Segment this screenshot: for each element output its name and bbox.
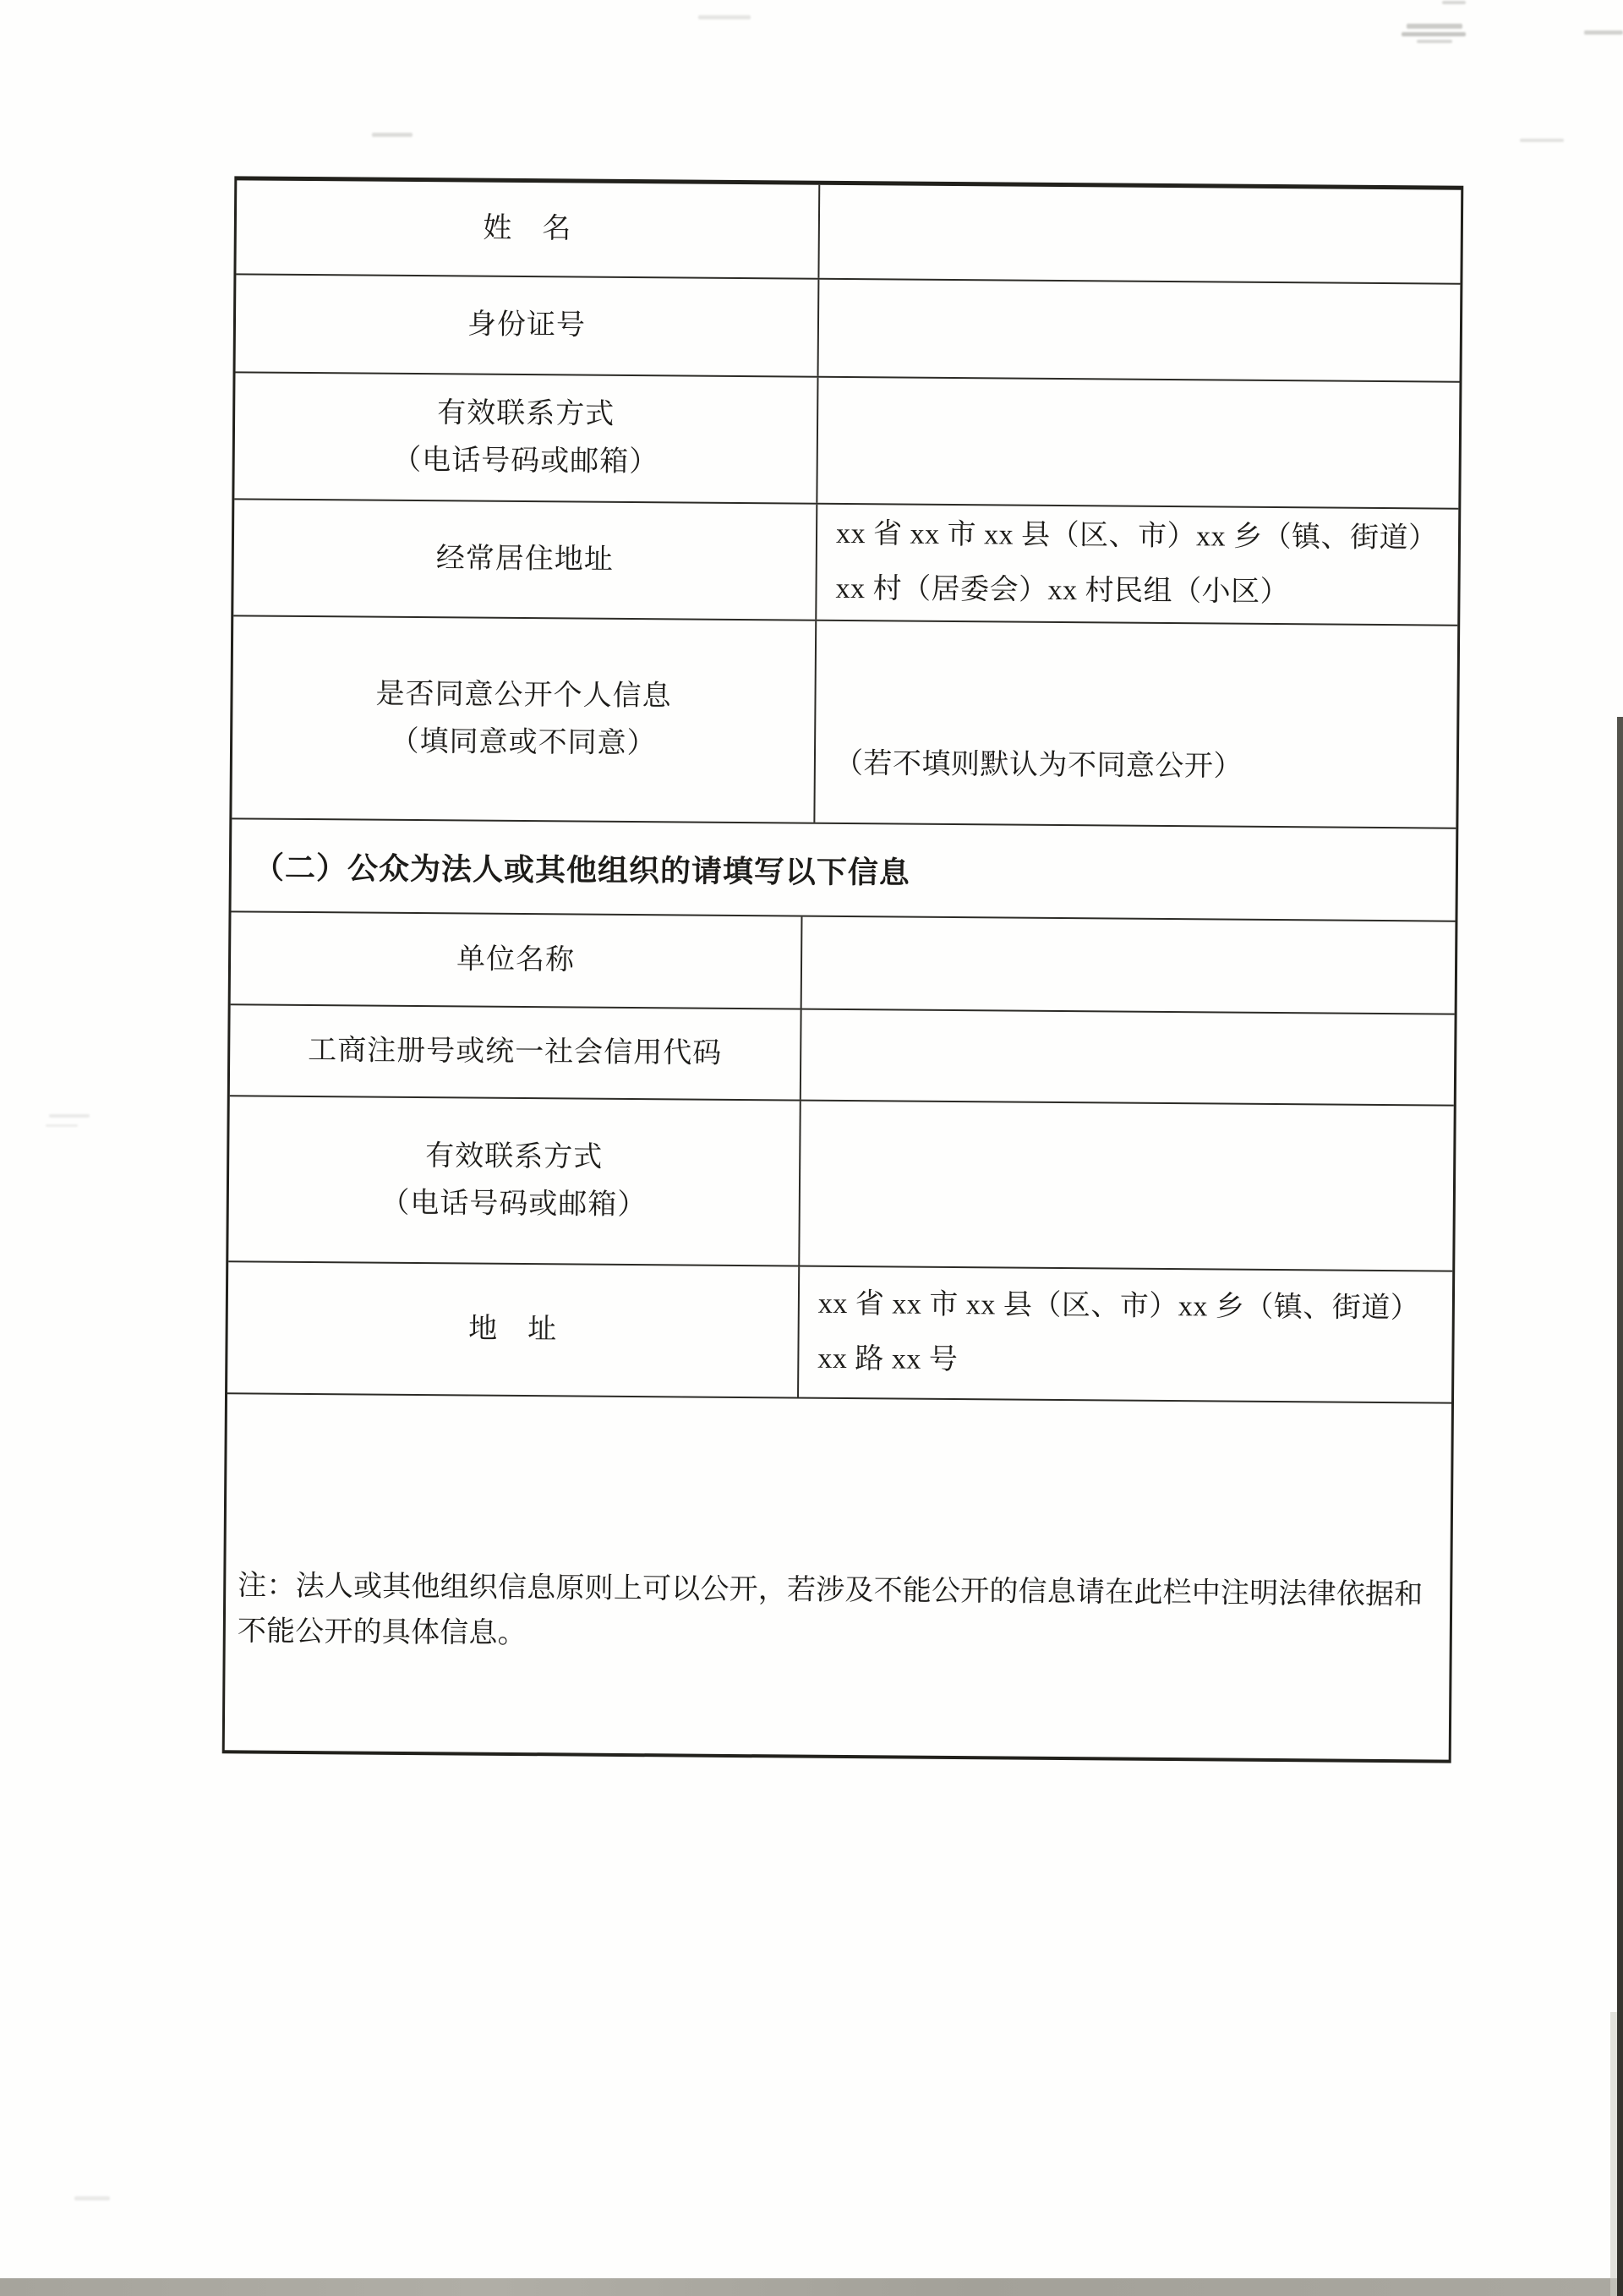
row-label-cell: 是否同意公开个人信息 （填同意或不同意） xyxy=(232,616,817,822)
scan-artifact xyxy=(1442,1,1466,4)
row-value-cell xyxy=(819,185,1461,283)
field-label-consent-hint: （填同意或不同意） xyxy=(390,719,656,768)
scan-artifact xyxy=(372,133,413,137)
scan-artifact xyxy=(74,2196,110,2200)
scan-artifact xyxy=(1402,32,1466,36)
scan-artifact xyxy=(1407,24,1462,29)
field-label-org-address: 地 址 xyxy=(468,1305,557,1353)
scan-artifact xyxy=(698,15,751,19)
table-row: 身份证号 xyxy=(236,275,1461,382)
row-value-cell xyxy=(817,378,1459,508)
scan-artifact xyxy=(49,1114,90,1118)
table-row: 工商注册号或统一社会信用代码 xyxy=(230,1005,1455,1106)
field-value-org-address: xx 省 xx 市 xx 县（区、市）xx 乡（镇、街道）xx 路 xx 号 xyxy=(817,1277,1447,1391)
field-label-residence-address: 经常居住地址 xyxy=(436,535,614,584)
field-value-residence-address: xx 省 xx 市 xx 县（区、市）xx 乡（镇、街道）xx 村（居委会）xx… xyxy=(835,507,1453,621)
row-value-cell: （若不填则默认为不同意公开） xyxy=(815,621,1457,828)
scanner-edge-right-shadow xyxy=(1610,2012,1617,2296)
field-label-org-contact: 有效联系方式 xyxy=(425,1133,603,1182)
table-row: 姓 名 xyxy=(236,180,1461,284)
information-form-table: 姓 名 身份证号 有效联系方式 （电话号码或邮箱） xyxy=(222,176,1464,1763)
field-label-contact-hint: （电话号码或邮箱） xyxy=(392,437,658,487)
field-value-consent-default-note: （若不填则默认为不同意公开） xyxy=(834,737,1243,795)
field-label-credit-code: 工商注册号或统一社会信用代码 xyxy=(308,1027,722,1078)
row-label-cell: 经常居住地址 xyxy=(233,500,817,619)
row-value-cell xyxy=(801,1010,1455,1105)
field-label-org-contact-hint: （电话号码或邮箱） xyxy=(380,1180,647,1230)
table-row: 有效联系方式 （电话号码或邮箱） xyxy=(234,373,1459,509)
field-label-consent: 是否同意公开个人信息 xyxy=(375,671,671,721)
note-row: 注：法人或其他组织信息原则上可以公开，若涉及不能公开的信息请在此栏中注明法律依据… xyxy=(225,1394,1451,1759)
scan-artifact xyxy=(1584,30,1623,35)
field-label-contact: 有效联系方式 xyxy=(437,390,615,439)
legal-note-text: 注：法人或其他组织信息原则上可以公开，若涉及不能公开的信息请在此栏中注明法律依据… xyxy=(238,1563,1447,1665)
section-header-row: （二）公众为法人或其他组织的请填写以下信息 xyxy=(232,819,1456,921)
table-row: 经常居住地址 xx 省 xx 市 xx 县（区、市）xx 乡（镇、街道）xx 村… xyxy=(233,500,1458,626)
row-label-cell: 单位名称 xyxy=(231,912,803,1008)
row-label-cell: 工商注册号或统一社会信用代码 xyxy=(230,1005,802,1099)
row-label-cell: 有效联系方式 （电话号码或邮箱） xyxy=(234,373,818,502)
row-label-cell: 地 址 xyxy=(227,1262,800,1397)
row-value-cell xyxy=(802,917,1456,1014)
row-label-cell: 有效联系方式 （电话号码或邮箱） xyxy=(228,1096,801,1265)
scan-artifact xyxy=(1417,40,1452,43)
scanner-edge-right xyxy=(1617,717,1623,2296)
row-value-cell xyxy=(800,1102,1453,1271)
field-label-id-number: 身份证号 xyxy=(467,301,586,349)
table-row: 单位名称 xyxy=(231,912,1456,1014)
field-label-org-name: 单位名称 xyxy=(456,936,575,984)
field-label-name: 姓 名 xyxy=(483,205,571,254)
row-value-cell: xx 省 xx 市 xx 县（区、市）xx 乡（镇、街道）xx 村（居委会）xx… xyxy=(817,505,1458,625)
scan-artifact xyxy=(1520,139,1564,142)
row-label-cell: 身份证号 xyxy=(236,275,820,375)
note-cell: 注：法人或其他组织信息原则上可以公开，若涉及不能公开的信息请在此栏中注明法律依据… xyxy=(225,1394,1451,1759)
table-row: 有效联系方式 （电话号码或邮箱） xyxy=(228,1096,1453,1271)
row-value-cell xyxy=(819,280,1461,381)
row-label-cell: 姓 名 xyxy=(236,180,820,277)
table-row: 是否同意公开个人信息 （填同意或不同意） （若不填则默认为不同意公开） xyxy=(232,616,1457,828)
scanner-edge-bottom xyxy=(0,2278,1623,2296)
row-value-cell: xx 省 xx 市 xx 县（区、市）xx 乡（镇、街道）xx 路 xx 号 xyxy=(799,1267,1452,1402)
scan-artifact xyxy=(46,1124,78,1127)
table-row: 地 址 xx 省 xx 市 xx 县（区、市）xx 乡（镇、街道）xx 路 xx… xyxy=(227,1262,1452,1403)
section2-header: （二）公众为法人或其他组织的请填写以下信息 xyxy=(232,819,1456,920)
scanned-page: 姓 名 身份证号 有效联系方式 （电话号码或邮箱） xyxy=(0,0,1623,2296)
